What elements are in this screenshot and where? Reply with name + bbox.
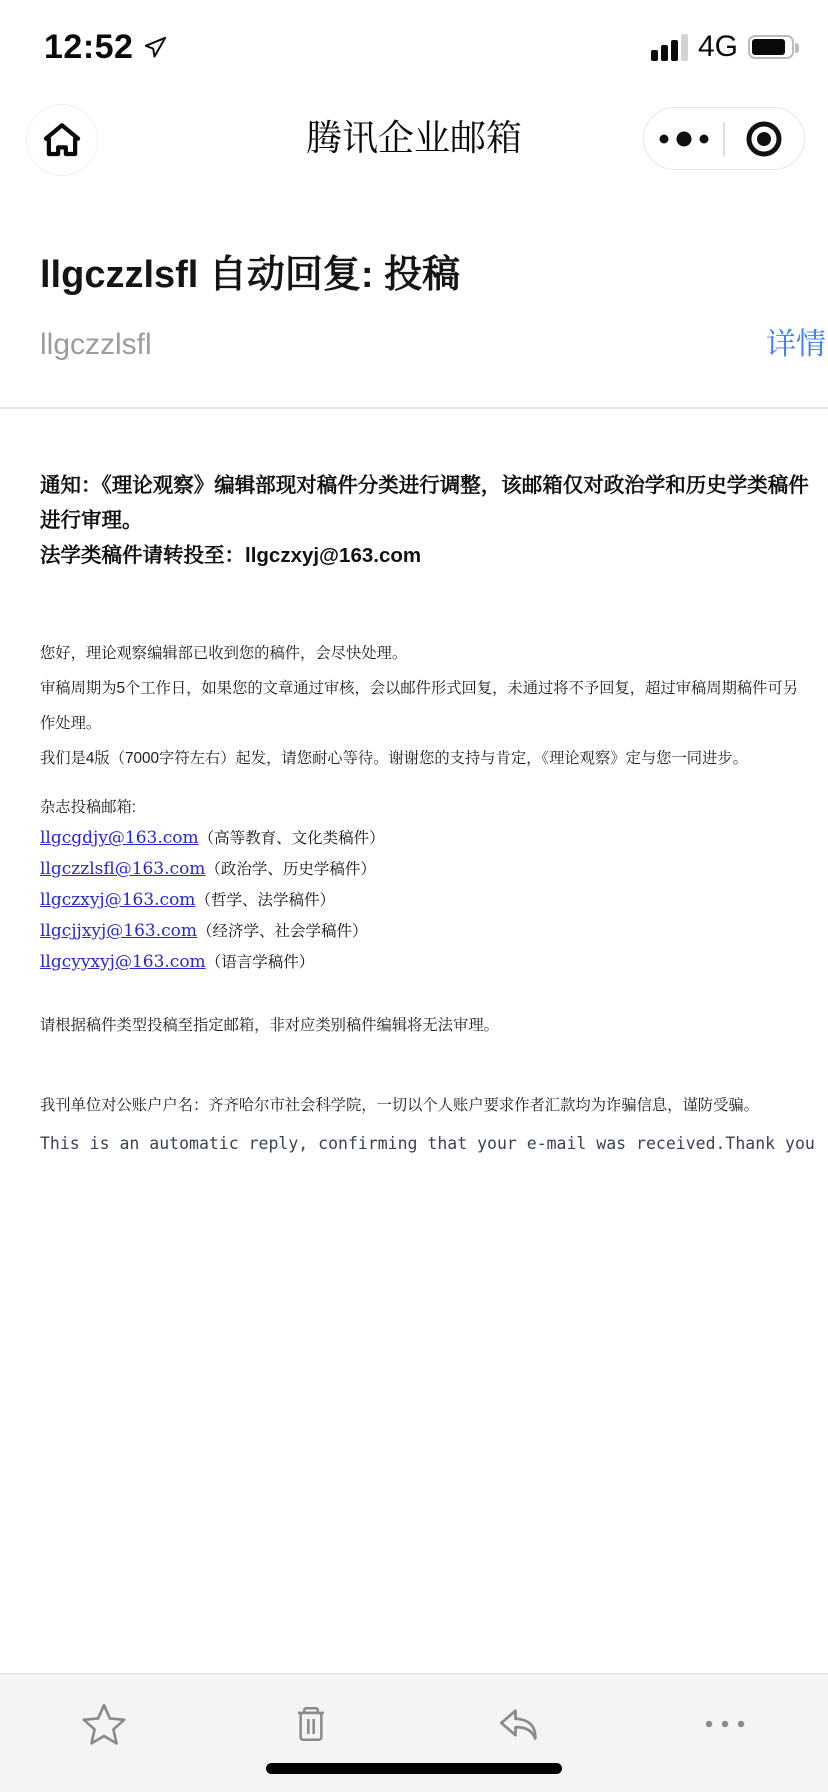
mailbox-email-link[interactable]: llgczxyj@163.com xyxy=(40,890,195,910)
mailbox-row: llgcgdjy@163.com（高等教育、文化类稿件） xyxy=(40,823,828,854)
mailbox-email-link[interactable]: llgcgdjy@163.com xyxy=(40,828,199,848)
details-link[interactable]: 详情 xyxy=(766,324,826,366)
target-circle-icon xyxy=(742,117,786,161)
mailbox-note: （哲学、法学稿件） xyxy=(195,891,335,909)
more-dots-icon xyxy=(703,1717,747,1731)
star-icon xyxy=(80,1700,128,1748)
reply-button[interactable] xyxy=(414,1674,621,1792)
delete-button[interactable] xyxy=(207,1674,414,1792)
body-paragraph: 您好，理论观察编辑部已收到您的稿件，会尽快处理。 xyxy=(40,636,811,671)
more-menu-button[interactable] xyxy=(644,108,723,169)
body-paragraphs: 您好，理论观察编辑部已收到您的稿件，会尽快处理。 审稿周期为5个工作日，如果您的… xyxy=(40,636,811,776)
fraud-warning-note: 我刊单位对公账户户名：齐齐哈尔市社会科学院，一切以个人账户要求作者汇款均为诈骗信… xyxy=(40,1088,811,1123)
mailbox-note: （政治学、历史学稿件） xyxy=(205,860,376,878)
mailbox-row: llgcjjxyj@163.com（经济学、社会学稿件） xyxy=(40,916,828,947)
mailbox-email-link[interactable]: llgcyyxyj@163.com xyxy=(40,952,206,972)
more-actions-button[interactable] xyxy=(621,1674,828,1792)
mailbox-note: （经济学、社会学稿件） xyxy=(197,922,368,940)
nav-bar: 腾讯企业邮箱 xyxy=(0,88,828,185)
mailbox-list-heading: 杂志投稿邮箱: xyxy=(40,793,828,823)
mailbox-note: （高等教育、文化类稿件） xyxy=(199,829,385,847)
bottom-toolbar xyxy=(0,1673,828,1792)
mailbox-list: 杂志投稿邮箱: llgcgdjy@163.com（高等教育、文化类稿件） llg… xyxy=(40,793,828,978)
body-paragraph: 我们是4版（7000字符左右）起发，请您耐心等待。谢谢您的支持与肯定，《理论观察… xyxy=(40,741,811,776)
star-button[interactable] xyxy=(0,1674,207,1792)
sender-name: llgczzlsfl xyxy=(40,324,152,366)
miniprogram-capsule xyxy=(643,107,805,170)
notice-block: 通知：《理论观察》编辑部现对稿件分类进行调整，该邮箱仅对政治学和历史学类稿件进行… xyxy=(40,468,811,573)
mailbox-note: （语言学稿件） xyxy=(206,953,315,971)
email-body: 通知：《理论观察》编辑部现对稿件分类进行调整，该邮箱仅对政治学和历史学类稿件进行… xyxy=(0,408,828,1161)
sender-row: llgczzlsfl 详情 xyxy=(0,324,828,366)
mailbox-row: llgczzlsfl@163.com（政治学、历史学稿件） xyxy=(40,854,828,885)
home-indicator[interactable] xyxy=(266,1763,562,1774)
status-bar: 12:52 4G xyxy=(0,0,828,88)
mailbox-row: llgcyyxyj@163.com（语言学稿件） xyxy=(40,947,828,978)
app-screen: 12:52 4G 腾讯企业邮箱 xyxy=(0,0,828,1792)
trash-icon xyxy=(288,1701,334,1747)
reply-arrow-icon xyxy=(493,1699,543,1749)
battery-icon xyxy=(748,35,794,59)
ellipsis-icon xyxy=(653,124,715,154)
body-paragraph: 审稿周期为5个工作日，如果您的文章通过审核，会以邮件形式回复，未通过将不予回复，… xyxy=(40,671,811,741)
auto-reply-footer: This is an automatic reply, confirming t… xyxy=(40,1126,828,1161)
routing-note: 请根据稿件类型投稿至指定邮箱，非对应类别稿件编辑将无法审理。 xyxy=(40,1008,811,1043)
mailbox-email-link[interactable]: llgcjjxyj@163.com xyxy=(40,921,197,941)
notice-paragraph: 法学类稿件请转投至：llgczxyj@163.com xyxy=(40,538,811,573)
email-subject: llgczzlsfl 自动回复: 投稿 xyxy=(40,253,460,297)
signal-strength-icon xyxy=(651,34,688,61)
mailbox-row: llgczxyj@163.com（哲学、法学稿件） xyxy=(40,885,828,916)
mailbox-email-link[interactable]: llgczzlsfl@163.com xyxy=(40,859,205,879)
notice-paragraph: 通知：《理论观察》编辑部现对稿件分类进行调整，该邮箱仅对政治学和历史学类稿件进行… xyxy=(40,468,811,538)
close-miniprogram-button[interactable] xyxy=(725,108,804,169)
network-type-label: 4G xyxy=(698,30,738,64)
location-arrow-icon xyxy=(143,34,169,60)
clock: 12:52 xyxy=(44,28,133,67)
